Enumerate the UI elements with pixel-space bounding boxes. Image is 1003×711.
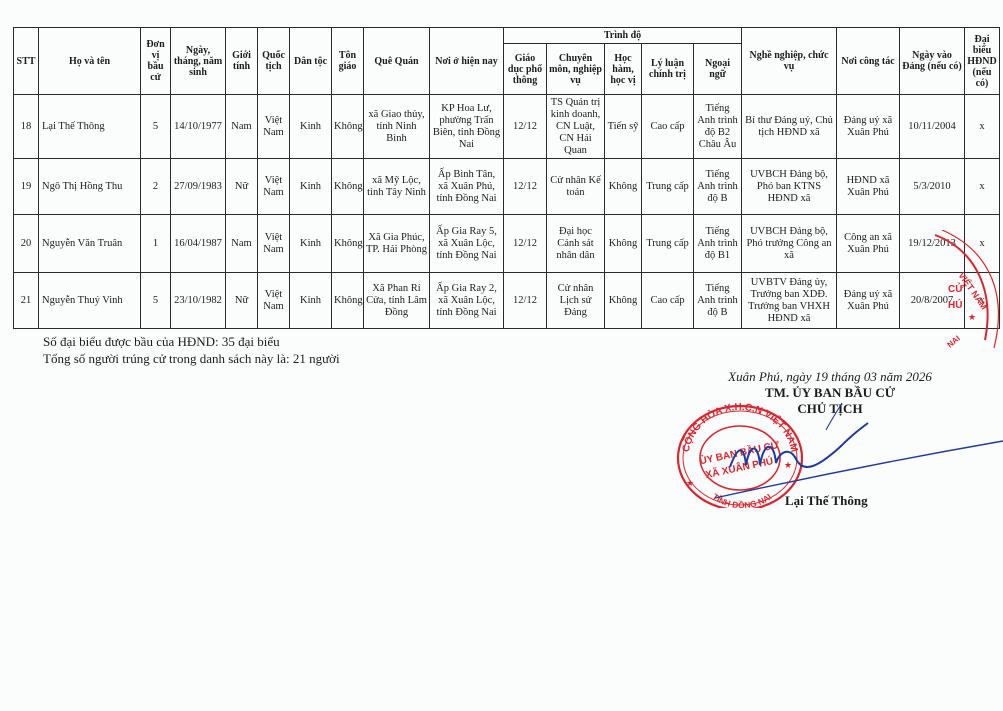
stamp-inner-line2: XÃ XUÂN PHÚ	[704, 454, 774, 481]
cell-unit: 2	[141, 159, 171, 215]
signer-name: Lại Thế Thông	[785, 493, 868, 509]
stamp-bottom-text: TỈNH ĐỒNG NAI	[711, 492, 774, 508]
summary-elected-total: Tổng số người trúng cử trong danh sách n…	[43, 350, 340, 367]
cell-gender: Nữ	[226, 159, 258, 215]
table-row: 21Nguyễn Thuý Vinh523/10/1982NữViệt NamK…	[14, 273, 1000, 329]
cell-gender: Nữ	[226, 273, 258, 329]
cell-hdnd-delegate: x	[965, 159, 1000, 215]
col-header-degree: Học hàm, học vị	[605, 44, 642, 95]
cell-party-date: 20/8/2007	[900, 273, 965, 329]
cell-language: Tiếng Anh trình độ B1	[694, 215, 742, 273]
cell-language: Tiếng Anh trình độ B	[694, 159, 742, 215]
cell-religion: Không	[332, 159, 364, 215]
cell-stt: 20	[14, 215, 39, 273]
svg-text:★: ★	[784, 460, 792, 470]
col-header-occupation: Nghề nghiệp, chức vụ	[742, 28, 837, 95]
cell-stt: 21	[14, 273, 39, 329]
cell-hdnd-delegate: x	[965, 95, 1000, 159]
sign-role-line: CHỦ TỊCH	[700, 401, 960, 417]
cell-general-edu: 12/12	[504, 159, 547, 215]
col-header-general-edu: Giáo dục phổ thông	[504, 44, 547, 95]
cell-general-edu: 12/12	[504, 215, 547, 273]
cell-name: Nguyễn Thuý Vinh	[39, 273, 141, 329]
summary-delegate-count: Số đại biểu được bầu của HĐND: 35 đại bi…	[43, 333, 340, 350]
cell-unit: 5	[141, 273, 171, 329]
col-header-hdnd-delegate: Đại biểu HĐND (nếu có)	[965, 28, 1000, 95]
cell-occupation: Bí thư Đảng uỷ, Chủ tịch HĐND xã	[742, 95, 837, 159]
cell-ethnicity: Kinh	[290, 159, 332, 215]
svg-text:NAI: NAI	[946, 334, 962, 350]
cell-stt: 18	[14, 95, 39, 159]
cell-nationality: Việt Nam	[258, 159, 290, 215]
col-header-party-date: Ngày vào Đảng (nếu có)	[900, 28, 965, 95]
cell-religion: Không	[332, 215, 364, 273]
cell-residence: Ấp Gia Ray 2, xã Xuân Lộc, tỉnh Đồng Nai	[430, 273, 504, 329]
cell-religion: Không	[332, 95, 364, 159]
cell-religion: Không	[332, 273, 364, 329]
cell-hometown: xã Mỹ Lộc, tỉnh Tây Ninh	[364, 159, 430, 215]
cell-nationality: Việt Nam	[258, 273, 290, 329]
table-header-row: STT Họ và tên Đơn vị bầu cử Ngày, tháng,…	[14, 28, 1000, 44]
col-header-workplace: Nơi công tác	[837, 28, 900, 95]
cell-specialty: Đại học Cảnh sát nhân dân	[547, 215, 605, 273]
cell-general-edu: 12/12	[504, 95, 547, 159]
cell-degree: Không	[605, 273, 642, 329]
cell-party-date: 10/11/2004	[900, 95, 965, 159]
cell-dob: 16/04/1987	[171, 215, 226, 273]
col-header-political: Lý luận chính trị	[642, 44, 694, 95]
cell-general-edu: 12/12	[504, 273, 547, 329]
cell-residence: Ấp Gia Ray 5, xã Xuân Lộc, tỉnh Đồng Nai	[430, 215, 504, 273]
cell-degree: Tiến sỹ	[605, 95, 642, 159]
cell-residence: KP Hoa Lư, phường Trấn Biên, tỉnh Đồng N…	[430, 95, 504, 159]
cell-dob: 23/10/1982	[171, 273, 226, 329]
cell-ethnicity: Kinh	[290, 273, 332, 329]
cell-ethnicity: Kinh	[290, 95, 332, 159]
col-header-stt: STT	[14, 28, 39, 95]
cell-workplace: Công an xã Xuân Phú	[837, 215, 900, 273]
cell-gender: Nam	[226, 215, 258, 273]
col-header-gender: Giới tính	[226, 28, 258, 95]
cell-dob: 14/10/1977	[171, 95, 226, 159]
col-header-residence: Nơi ở hiện nay	[430, 28, 504, 95]
cell-political: Cao cấp	[642, 95, 694, 159]
cell-unit: 5	[141, 95, 171, 159]
cell-ethnicity: Kinh	[290, 215, 332, 273]
sign-date-line: Xuân Phú, ngày 19 tháng 03 năm 2026	[700, 369, 960, 385]
cell-name: Lại Thế Thông	[39, 95, 141, 159]
cell-unit: 1	[141, 215, 171, 273]
document-page: STT Họ và tên Đơn vị bầu cử Ngày, tháng,…	[0, 0, 1003, 711]
cell-hometown: Xã Gia Phúc, TP. Hải Phòng	[364, 215, 430, 273]
cell-party-date: 5/3/2010	[900, 159, 965, 215]
cell-hdnd-delegate: x	[965, 273, 1000, 329]
elected-delegates-table: STT Họ và tên Đơn vị bầu cử Ngày, tháng,…	[13, 27, 1000, 329]
col-header-name: Họ và tên	[39, 28, 141, 95]
signature-block: Xuân Phú, ngày 19 tháng 03 năm 2026 TM. …	[700, 369, 960, 417]
svg-text:★: ★	[686, 478, 694, 488]
cell-nationality: Việt Nam	[258, 215, 290, 273]
cell-workplace: HĐND xã Xuân Phú	[837, 159, 900, 215]
cell-language: Tiếng Anh trình độ B2 Châu Âu	[694, 95, 742, 159]
cell-occupation: UVBCH Đảng bộ, Phó ban KTNS HĐND xã	[742, 159, 837, 215]
cell-name: Ngô Thị Hồng Thu	[39, 159, 141, 215]
cell-gender: Nam	[226, 95, 258, 159]
table-row: 19Ngô Thị Hồng Thu227/09/1983NữViệt NamK…	[14, 159, 1000, 215]
cell-political: Trung cấp	[642, 159, 694, 215]
cell-political: Trung cấp	[642, 215, 694, 273]
cell-dob: 27/09/1983	[171, 159, 226, 215]
cell-specialty: TS Quản trị kinh doanh, CN Luật, CN Hải …	[547, 95, 605, 159]
svg-text:TỈNH ĐỒNG NAI: TỈNH ĐỒNG NAI	[711, 492, 774, 508]
cell-degree: Không	[605, 159, 642, 215]
summary: Số đại biểu được bầu của HĐND: 35 đại bi…	[43, 333, 340, 367]
cell-specialty: Cử nhân Lịch sử Đảng	[547, 273, 605, 329]
cell-stt: 19	[14, 159, 39, 215]
cell-hometown: Xã Phan Rí Cửa, tỉnh Lâm Đồng	[364, 273, 430, 329]
cell-occupation: UVBCH Đảng bộ, Phó trưởng Công an xã	[742, 215, 837, 273]
sign-org-line: TM. ỦY BAN BẦU CỬ	[700, 385, 960, 401]
col-header-dob: Ngày, tháng, năm sinh	[171, 28, 226, 95]
cell-hdnd-delegate: x	[965, 215, 1000, 273]
col-header-religion: Tôn giáo	[332, 28, 364, 95]
col-header-specialty: Chuyên môn, nghiệp vụ	[547, 44, 605, 95]
cell-residence: Ấp Bình Tân, xã Xuân Phú, tỉnh Đồng Nai	[430, 159, 504, 215]
cell-party-date: 19/12/2013	[900, 215, 965, 273]
table-row: 20Nguyễn Văn Truân116/04/1987NamViệt Nam…	[14, 215, 1000, 273]
cell-nationality: Việt Nam	[258, 95, 290, 159]
table-row: 18Lại Thế Thông514/10/1977NamViệt NamKin…	[14, 95, 1000, 159]
cell-specialty: Cử nhân Kế toán	[547, 159, 605, 215]
cell-political: Cao cấp	[642, 273, 694, 329]
col-header-unit: Đơn vị bầu cử	[141, 28, 171, 95]
col-header-nationality: Quốc tịch	[258, 28, 290, 95]
col-header-ethnicity: Dân tộc	[290, 28, 332, 95]
cell-occupation: UVBTV Đảng ủy, Trưởng ban XDĐ. Trưởng ba…	[742, 273, 837, 329]
cell-degree: Không	[605, 215, 642, 273]
stamp-inner-line1: ỦY BAN BẦU CỬ	[698, 438, 781, 468]
col-header-language: Ngoại ngữ	[694, 44, 742, 95]
col-group-qualification: Trình độ	[504, 28, 742, 44]
cell-language: Tiếng Anh trình độ B	[694, 273, 742, 329]
cell-workplace: Đảng uỷ xã Xuân Phú	[837, 273, 900, 329]
cell-workplace: Đảng uỷ xã Xuân Phú	[837, 95, 900, 159]
cell-hometown: xã Giao thủy, tỉnh Ninh Bình	[364, 95, 430, 159]
cell-name: Nguyễn Văn Truân	[39, 215, 141, 273]
col-header-hometown: Quê Quán	[364, 28, 430, 95]
